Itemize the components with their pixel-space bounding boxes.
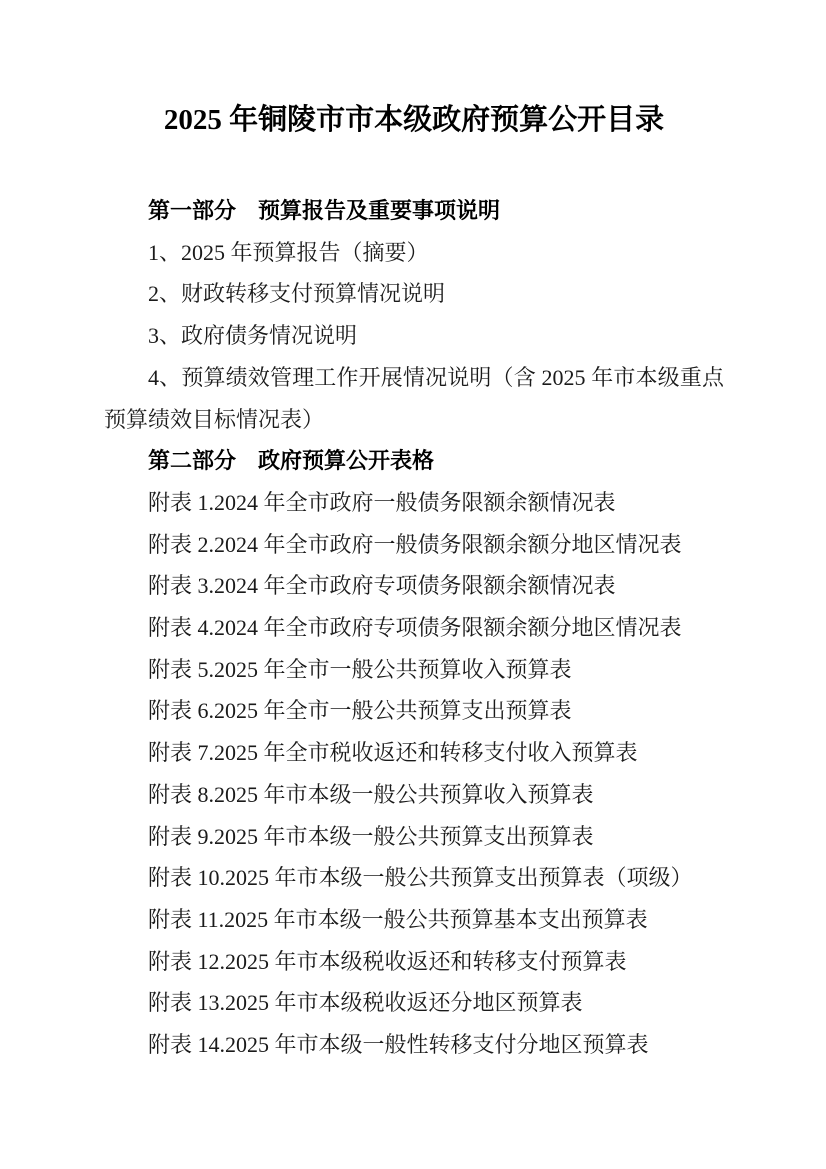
document-title: 2025 年铜陵市市本级政府预算公开目录	[104, 98, 724, 142]
part2-item-table-7: 附表 7.2025 年全市税收返还和转移支付收入预算表	[104, 732, 724, 774]
part2-item-table-12: 附表 12.2025 年市本级税收返还和转移支付预算表	[104, 941, 724, 983]
part1-item-3: 3、政府债务情况说明	[104, 315, 724, 357]
document-page: 2025 年铜陵市市本级政府预算公开目录 第一部分 预算报告及重要事项说明 1、…	[0, 0, 826, 1169]
part2-item-table-2: 附表 2.2024 年全市政府一般债务限额余额分地区情况表	[104, 524, 724, 566]
part2-item-table-9: 附表 9.2025 年市本级一般公共预算支出预算表	[104, 816, 724, 858]
part2-item-table-4: 附表 4.2024 年全市政府专项债务限额余额分地区情况表	[104, 607, 724, 649]
part2-item-table-14: 附表 14.2025 年市本级一般性转移支付分地区预算表	[104, 1024, 724, 1066]
part2-heading: 第二部分 政府预算公开表格	[104, 440, 724, 482]
part2-item-table-6: 附表 6.2025 年全市一般公共预算支出预算表	[104, 690, 724, 732]
part1-item-1: 1、2025 年预算报告（摘要）	[104, 232, 724, 274]
part1-heading: 第一部分 预算报告及重要事项说明	[104, 190, 724, 232]
part1-item-2: 2、财政转移支付预算情况说明	[104, 273, 724, 315]
part2-item-table-8: 附表 8.2025 年市本级一般公共预算收入预算表	[104, 774, 724, 816]
part2-item-table-1: 附表 1.2024 年全市政府一般债务限额余额情况表	[104, 482, 724, 524]
part2-item-table-10: 附表 10.2025 年市本级一般公共预算支出预算表（项级）	[104, 857, 724, 899]
part2-item-table-13: 附表 13.2025 年市本级税收返还分地区预算表	[104, 982, 724, 1024]
part2-item-table-3: 附表 3.2024 年全市政府专项债务限额余额情况表	[104, 565, 724, 607]
part2-item-table-5: 附表 5.2025 年全市一般公共预算收入预算表	[104, 649, 724, 691]
part2-item-table-11: 附表 11.2025 年市本级一般公共预算基本支出预算表	[104, 899, 724, 941]
part1-item-4: 4、预算绩效管理工作开展情况说明（含 2025 年市本级重点预算绩效目标情况表）	[104, 357, 724, 440]
